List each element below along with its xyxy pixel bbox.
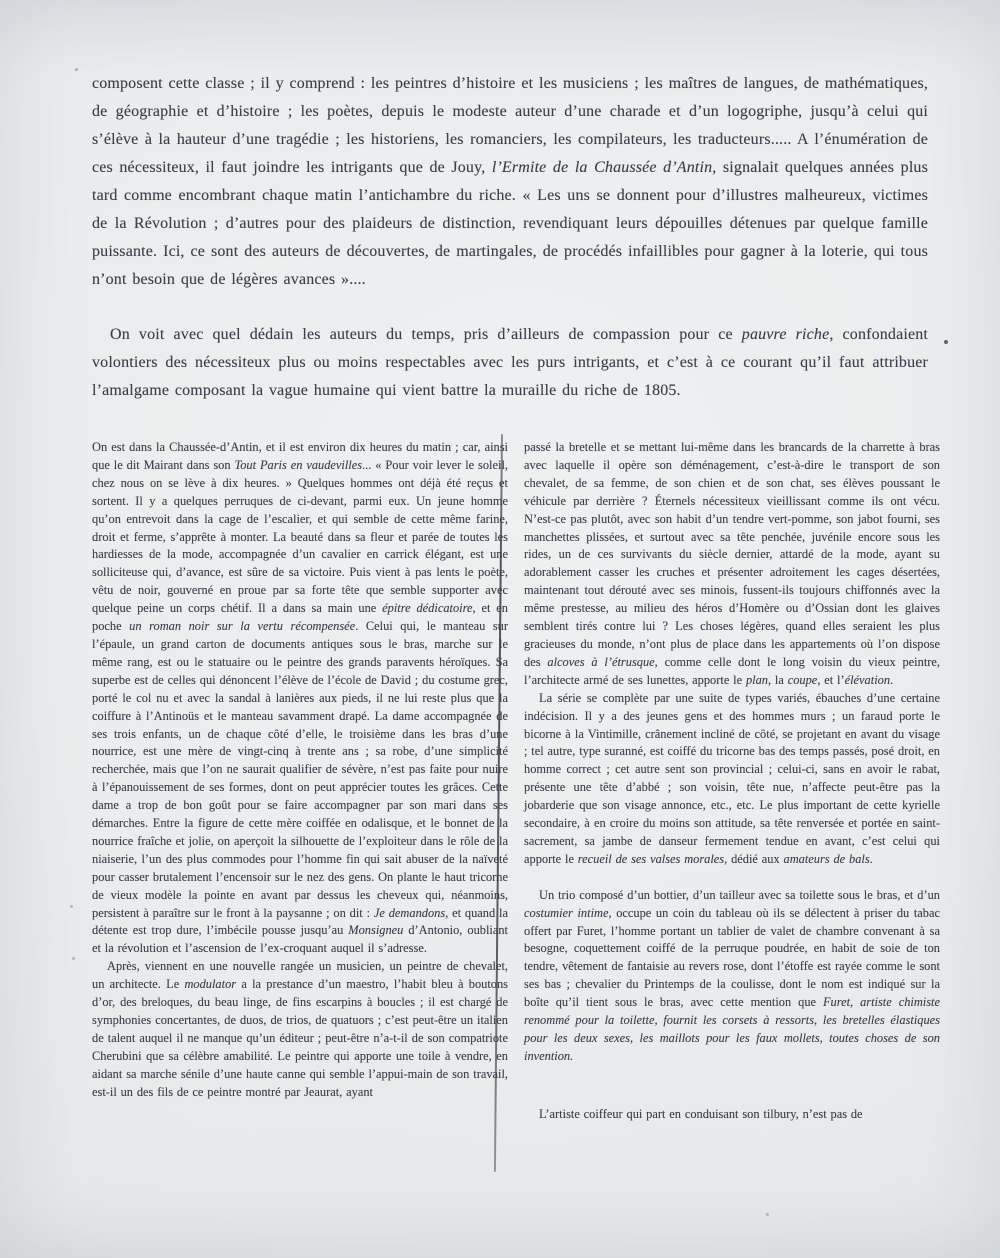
italic-text-run: alcoves à l’étrusque: [547, 655, 654, 669]
text-run: , dédié aux: [724, 852, 783, 866]
text-run: , occupe un coin du tableau où ils se dé…: [524, 906, 940, 1010]
paragraph: On voit avec quel dédain les auteurs du …: [92, 321, 928, 405]
scan-page: composent cette classe ; il y comprend :…: [0, 70, 1000, 1124]
paragraph: passé la bretelle et se mettant lui-même…: [524, 439, 940, 690]
text-run: . Celui qui, le manteau sur l’épaule, un…: [92, 619, 508, 920]
scan-speck: [75, 68, 78, 71]
text-run: , la: [768, 673, 788, 687]
text-run: .: [890, 673, 893, 687]
italic-text-run: modulator: [184, 977, 236, 991]
italic-text-run: pauvre riche: [742, 326, 830, 343]
text-run: .: [870, 852, 873, 866]
italic-text-run: amateurs de bals: [784, 852, 870, 866]
scan-speck: [766, 1213, 769, 1216]
scan-speck: [72, 957, 75, 960]
text-run: On voit avec quel dédain les auteurs du …: [110, 326, 742, 343]
text-run: , et l’: [817, 673, 844, 687]
paragraph: On est dans la Chaussée-d’Antin, et il e…: [92, 439, 508, 958]
text-run: ... « Pour voir lever le soleil, chez no…: [92, 458, 508, 615]
scan-speck: [70, 905, 73, 908]
paragraph: L’artiste coiffeur qui part en conduisan…: [524, 1106, 940, 1124]
italic-text-run: Tout Paris en vaudevilles: [234, 458, 362, 472]
italic-text-run: recueil de ses valses morales: [578, 852, 724, 866]
text-run: passé la bretelle et se mettant lui-même…: [524, 440, 940, 669]
text-run: a la prestance d’un maestro, l’habit ble…: [92, 977, 508, 1098]
italic-text-run: plan: [746, 673, 768, 687]
italic-text-run: épitre dédicatoire: [382, 601, 472, 615]
italic-text-run: élévation: [845, 673, 890, 687]
italic-text-run: l’Ermite de la Chaussée d’Antin: [492, 159, 712, 176]
intro-section: composent cette classe ; il y comprend :…: [92, 70, 928, 405]
right-column: passé la bretelle et se mettant lui-même…: [524, 439, 940, 1124]
text-run: Un trio composé d’un bottier, d’un taill…: [539, 888, 940, 902]
text-run: , signalait quelques années plus tard co…: [92, 159, 928, 288]
italic-text-run: costumier intime: [524, 906, 608, 920]
text-run: L’artiste coiffeur qui part en conduisan…: [539, 1107, 863, 1121]
paragraph: Un trio composé d’un bottier, d’un taill…: [524, 887, 940, 1066]
two-column-section: On est dans la Chaussée-d’Antin, et il e…: [92, 439, 940, 1124]
italic-text-run: Monsigneu: [348, 923, 403, 937]
left-column: On est dans la Chaussée-d’Antin, et il e…: [92, 439, 508, 1124]
paragraph: Après, viennent en une nouvelle rangée u…: [92, 958, 508, 1101]
italic-text-run: Je demandons: [374, 906, 445, 920]
scan-speck: [944, 340, 948, 344]
italic-text-run: un roman noir sur la vertu récompensée: [129, 619, 355, 633]
paragraph: composent cette classe ; il y comprend :…: [92, 70, 928, 294]
text-run: La série se complète par une suite de ty…: [524, 691, 940, 866]
paragraph: La série se complète par une suite de ty…: [524, 690, 940, 869]
italic-text-run: coupe: [788, 673, 818, 687]
